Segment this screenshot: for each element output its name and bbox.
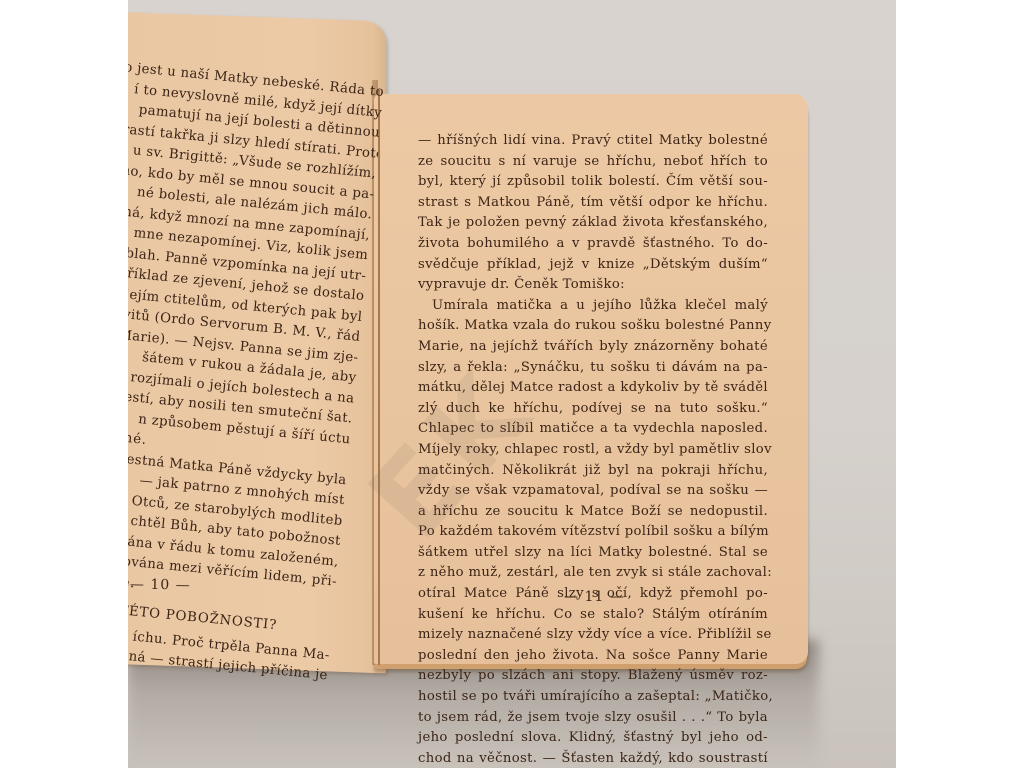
text-line: z něho muž, zestárl, ale ten zvyk si stá… (418, 563, 768, 584)
text-line: strast s Matkou Páně, tím větší odpor ke… (418, 193, 768, 214)
text-line: života bohumilého a v pravdě šťastného. … (418, 234, 768, 255)
text-line: Po každém takovém vítězství políbil sošk… (418, 522, 768, 543)
page-number-left: — 10 — (130, 576, 191, 593)
text-line: nezbyly po slzách ani stopy. Blažený úsm… (418, 666, 768, 687)
text-line: to jsem rád, že jsem tvoje slzy osušil .… (418, 708, 768, 729)
text-line: ze soucitu s ní varuje se hříchu, neboť … (418, 152, 768, 173)
text-line: Míjely roky, chlapec rostl, a vždy byl p… (418, 440, 768, 461)
text-line: a hříchu ze soucitu k Matce Boží se nedo… (418, 502, 768, 523)
text-line: kušení ke hříchu. Co se stalo? Stálým ot… (418, 605, 768, 626)
text-line: hostil se po tváři umírajícího a zašepta… (418, 687, 768, 708)
text-line: vždy se však vzpamatoval, podíval se na … (418, 481, 768, 502)
text-line: Chlapec to slíbil matičce a ta vydechla … (418, 419, 768, 440)
text-line: byl, který jí způsobil tolik bolestí. Čí… (418, 172, 768, 193)
text-line: poslední den jeho života. Na sošce Panny… (418, 646, 768, 667)
text-line: slzy, a řekla: „Synáčku, tu sošku ti dáv… (418, 358, 768, 379)
text-line: svědčuje příklad, jejž v knize „Dětským … (418, 255, 768, 276)
text-line: — hříšných lidí vina. Pravý ctitel Matky… (418, 131, 768, 152)
booklet-photo: o jest u naší Matky nebeské. Ráda to í t… (128, 0, 896, 768)
text-line: Tak je položen pevný základ života křesť… (418, 213, 768, 234)
text-line: chod na věčnost. — Šťasten každý, kdo so… (418, 749, 768, 768)
text-line: jeho poslední slova. Klidný, šťastný byl… (418, 728, 768, 749)
right-page-text: — hříšných lidí vina. Pravý ctitel Matky… (418, 131, 768, 768)
page-number-right: — 11 — (564, 589, 625, 605)
text-line: zlý duch ke hříchu, podívej se na tuto s… (418, 399, 768, 420)
text-line: mizely naznačené slzy vždy více a více. … (418, 625, 768, 646)
text-line: mátku, dělej Matce radost a kdykoliv by … (418, 378, 768, 399)
text-line: Marie, na jejíchž tvářích byly znázorněn… (418, 337, 768, 358)
text-line: Umírala matička a u jejího lůžka klečel … (418, 296, 768, 317)
text-line: matčiných. Několikrát již byl na pokraji… (418, 461, 768, 482)
text-line: vypravuje dr. Čeněk Tomiško: (418, 275, 768, 296)
text-line: hošík. Matka vzala do rukou sošku bolest… (418, 316, 768, 337)
booklet-spine (378, 90, 380, 665)
text-line: šátkem utřel slzy na líci Matky bolestné… (418, 543, 768, 564)
